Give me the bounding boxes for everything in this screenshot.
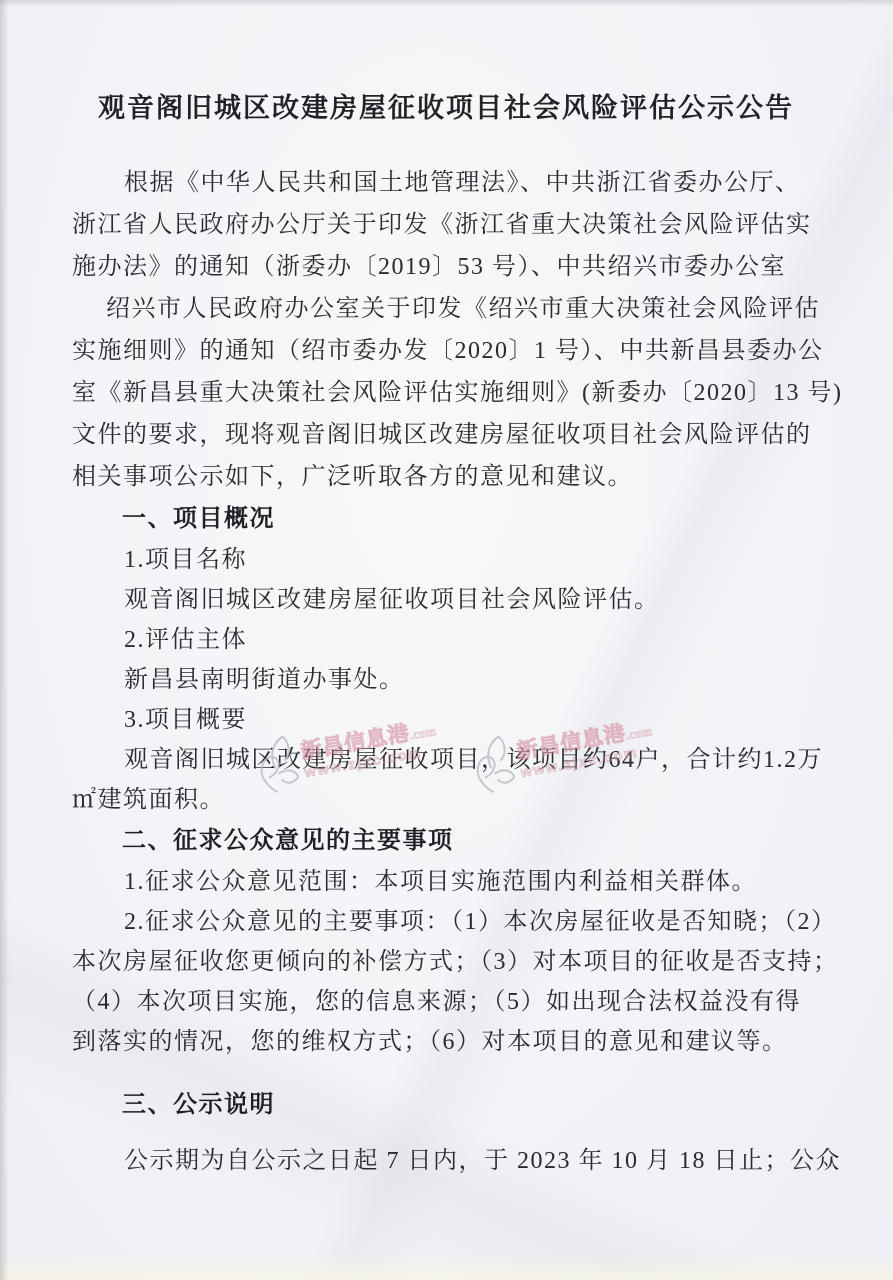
text-line: 1.项目名称 <box>72 540 820 580</box>
document-title: 观音阁旧城区改建房屋征收项目社会风险评估公示公告 <box>72 88 820 128</box>
text-line: 新昌县南明街道办事处。 <box>72 660 820 700</box>
intro-paragraph: 根据《中华人民共和国土地管理法》、中共浙江省委办公厅、 浙江省人民政府办公厅关于… <box>72 162 820 498</box>
section-heading-1: 一、项目概况 <box>72 498 820 540</box>
section-heading-3: 三、公示说明 <box>72 1084 820 1126</box>
text-line: 根据《中华人民共和国土地管理法》、中共浙江省委办公厅、 <box>72 162 820 204</box>
text-line: 观音阁旧城区改建房屋征收项目社会风险评估。 <box>72 580 820 620</box>
text-line: 室《新昌县重大决策社会风险评估实施细则》(新委办〔2020〕13 号) <box>72 372 820 414</box>
text-line: 施办法》的通知（浙委办〔2019〕53 号）、中共绍兴市委办公室 <box>72 246 820 288</box>
text-line: （4）本次项目实施，您的信息来源；（5）如出现合法权益没有得 <box>72 982 820 1022</box>
text-line: 观音阁旧城区改建房屋征收项目，该项目约64户，合计约1.2万 <box>72 740 820 780</box>
section-2-items: 1.征求公众意见范围：本项目实施范围内利益相关群体。 2.征求公众意见的主要事项… <box>72 862 820 1062</box>
section-heading-2: 二、征求公众意见的主要事项 <box>72 820 820 862</box>
text-line: 本次房屋征收您更倾向的补偿方式；（3）对本项目的征收是否支持； <box>72 942 820 982</box>
text-line: 实施细则》的通知（绍市委办发〔2020〕1 号）、中共新昌县委办公 <box>72 330 820 372</box>
section-3-body: 公示期为自公示之日起 7 日内，于 2023 年 10 月 18 日止；公众 <box>72 1140 820 1182</box>
text-line: 3.项目概要 <box>72 700 820 740</box>
scanned-document-page: 观音阁旧城区改建房屋征收项目社会风险评估公示公告 根据《中华人民共和国土地管理法… <box>0 0 893 1280</box>
text-line: 1.征求公众意见范围：本项目实施范围内利益相关群体。 <box>72 862 820 902</box>
text-line: 到落实的情况，您的维权方式；（6）对本项目的意见和建议等。 <box>72 1022 820 1062</box>
text-line: ㎡建筑面积。 <box>72 780 820 820</box>
text-line: 2.评估主体 <box>72 620 820 660</box>
text-line: 公示期为自公示之日起 7 日内，于 2023 年 10 月 18 日止；公众 <box>72 1140 820 1182</box>
text-line: 2.征求公众意见的主要事项：（1）本次房屋征收是否知晓；（2） <box>72 902 820 942</box>
text-line: 浙江省人民政府办公厅关于印发《浙江省重大决策社会风险评估实 <box>72 204 820 246</box>
section-1-items: 1.项目名称 观音阁旧城区改建房屋征收项目社会风险评估。 2.评估主体 新昌县南… <box>72 540 820 820</box>
text-line: 绍兴市人民政府办公室关于印发《绍兴市重大决策社会风险评估 <box>72 288 820 330</box>
text-line: 相关事项公示如下，广泛听取各方的意见和建议。 <box>72 456 820 498</box>
text-line: 文件的要求，现将观音阁旧城区改建房屋征收项目社会风险评估的 <box>72 414 820 456</box>
